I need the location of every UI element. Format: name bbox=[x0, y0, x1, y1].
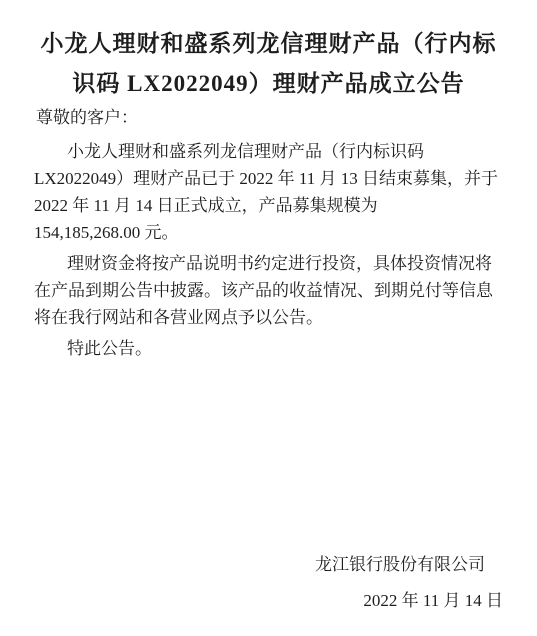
document-title: 小龙人理财和盛系列龙信理财产品（行内标 识码 LX2022049）理财产品成立公… bbox=[10, 24, 527, 104]
document-title-line-2: 识码 LX2022049）理财产品成立公告 bbox=[10, 64, 527, 104]
issuer-signature: 龙江银行股份有限公司 bbox=[315, 556, 485, 574]
salutation-text: 尊敬的客户： bbox=[36, 108, 138, 128]
issue-date: 2022 年 11 月 14 日 bbox=[363, 592, 503, 610]
paragraph-investment-disclosure-line-1: 理财资金将按产品说明书约定进行投资，具体投资情况将 bbox=[34, 250, 514, 277]
paragraph-establishment-line-3: 2022 年 11 月 14 日正式成立，产品募集规模为 bbox=[34, 192, 514, 219]
paragraph-establishment: 小龙人理财和盛系列龙信理财产品（行内标识码 LX2022049）理财产品已于 2… bbox=[34, 138, 514, 246]
paragraph-investment-disclosure: 理财资金将按产品说明书约定进行投资，具体投资情况将 在产品到期公告中披露。该产品… bbox=[34, 250, 514, 331]
document-title-line-1: 小龙人理财和盛系列龙信理财产品（行内标 bbox=[10, 24, 527, 64]
paragraph-establishment-line-2: LX2022049）理财产品已于 2022 年 11 月 13 日结束募集，并于 bbox=[34, 165, 514, 192]
paragraph-investment-disclosure-line-2: 在产品到期公告中披露。该产品的收益情况、到期兑付等信息 bbox=[34, 277, 514, 304]
announcement-document: 小龙人理财和盛系列龙信理财产品（行内标 识码 LX2022049）理财产品成立公… bbox=[0, 0, 537, 636]
paragraph-establishment-line-1: 小龙人理财和盛系列龙信理财产品（行内标识码 bbox=[34, 138, 514, 165]
paragraph-establishment-line-4: 154,185,268.00 元。 bbox=[34, 219, 514, 246]
closing-statement: 特此公告。 bbox=[34, 339, 152, 359]
paragraph-investment-disclosure-line-3: 将在我行网站和各营业网点予以公告。 bbox=[34, 304, 514, 331]
